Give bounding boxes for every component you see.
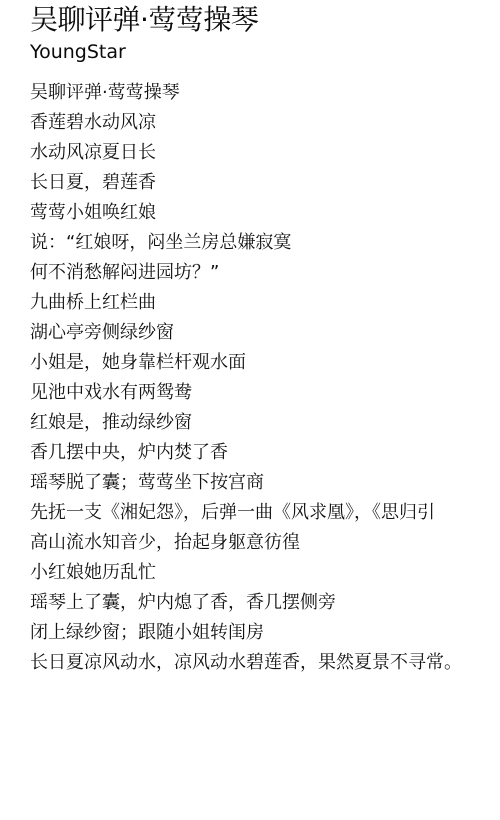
lyric-line: 闭上绿纱窗；跟随小姐转闺房 <box>30 618 500 648</box>
lyric-line: 吴聊评弹·莺莺操琴 <box>30 78 500 108</box>
lyric-line: 小姐是，她身靠栏杆观水面 <box>30 348 500 378</box>
lyric-line: 九曲桥上红栏曲 <box>30 288 500 318</box>
lyric-line: 小红娘她历乱忙 <box>30 558 500 588</box>
lyric-line: 说：“红娘呀，闷坐兰房总嫌寂寞 <box>30 228 500 258</box>
lyric-line: 何不消愁解闷进园坊？” <box>30 258 500 288</box>
lyric-line: 香几摆中央，炉内焚了香 <box>30 438 500 468</box>
lyric-line: 见池中戏水有两鸳鸯 <box>30 378 500 408</box>
lyric-line: 水动风凉夏日长 <box>30 138 500 168</box>
song-title: 吴聊评弹·莺莺操琴 <box>30 0 500 40</box>
lyric-line: 长日夏凉风动水，凉风动水碧莲香，果然夏景不寻常。 <box>30 648 500 678</box>
lyric-line: 莺莺小姐唤红娘 <box>30 198 500 228</box>
lyric-line: 香莲碧水动风凉 <box>30 108 500 138</box>
lyric-line: 湖心亭旁侧绿纱窗 <box>30 318 500 348</box>
lyric-line: 瑶琴脱了囊；莺莺坐下按宫商 <box>30 468 500 498</box>
lyric-line: 瑶琴上了囊，炉内熄了香，香几摆侧旁 <box>30 588 500 618</box>
lyric-line: 红娘是，推动绿纱窗 <box>30 408 500 438</box>
lyric-line: 长日夏，碧莲香 <box>30 168 500 198</box>
lyric-line: 高山流水知音少，抬起身躯意彷徨 <box>30 528 500 558</box>
lyrics-page: 吴聊评弹·莺莺操琴 YoungStar 吴聊评弹·莺莺操琴 香莲碧水动风凉 水动… <box>30 0 500 678</box>
lyric-line: 先抚一支《湘妃怨》，后弹一曲《风求凰》，《思归引 <box>30 498 500 528</box>
lyrics-list: 吴聊评弹·莺莺操琴 香莲碧水动风凉 水动风凉夏日长 长日夏，碧莲香 莺莺小姐唤红… <box>30 78 500 678</box>
artist-name: YoungStar <box>30 40 500 64</box>
